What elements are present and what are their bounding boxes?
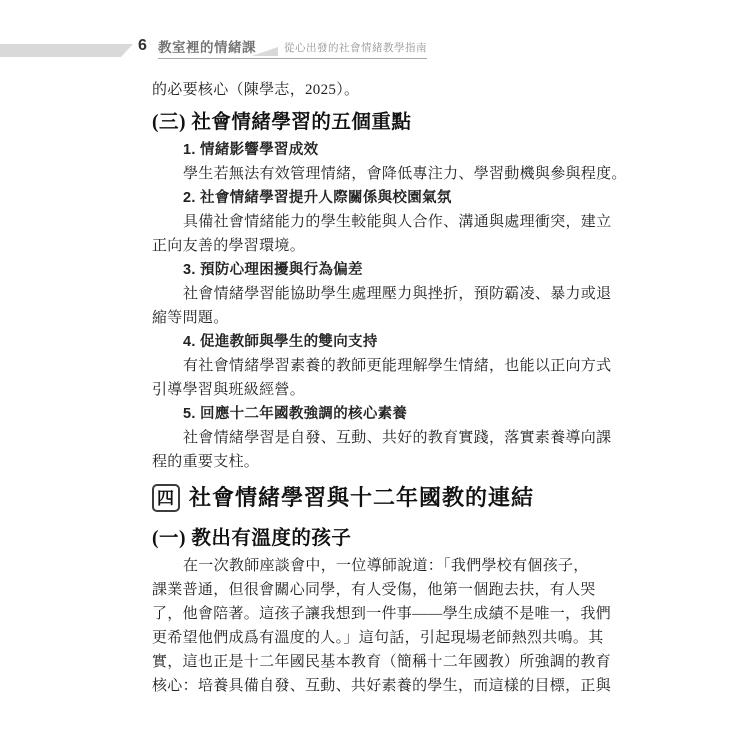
point-heading: 5. 回應十二年國教強調的核心素養	[152, 402, 622, 426]
text-line: 縮等問題。	[152, 306, 622, 330]
text-line: 核心：培養具備自發、互動、共好素養的學生，而這樣的目標，正與	[152, 674, 622, 698]
chapter-heading-text: 社會情緒學習與十二年國教的連結	[189, 480, 534, 516]
running-header: 6 教室裡的情緒課 從心出發的社會情緒教學指南	[0, 0, 750, 70]
text-line: 社會情緒學習是自發、互動、共好的教育實踐，落實素養導向課	[152, 426, 622, 450]
point-heading: 1. 情緒影響學習成效	[152, 138, 622, 162]
section-heading: (三) 社會情緒學習的五個重點	[152, 108, 622, 138]
text-line: 有社會情緒學習素養的教師更能理解學生情緒，也能以正向方式	[152, 354, 622, 378]
text-line: 實，這也正是十二年國民基本教育（簡稱十二年國教）所強調的教育	[152, 650, 622, 674]
header-title-group: 教室裡的情緒課 從心出發的社會情緒教學指南	[158, 36, 427, 59]
page-body: 的必要核心（陳學志，2025）。(三) 社會情緒學習的五個重點1. 情緒影響學習…	[152, 78, 622, 698]
text-line: 課業普通，但很會關心同學，有人受傷，他第一個跑去扶，有人哭	[152, 578, 622, 602]
book-subtitle: 從心出發的社會情緒教學指南	[284, 40, 427, 56]
text-line: 在一次教師座談會中，一位導師說道：「我們學校有個孩子，	[152, 554, 622, 578]
text-line: 程的重要支柱。	[152, 450, 622, 474]
book-title: 教室裡的情緒課	[158, 36, 256, 56]
point-heading: 3. 預防心理困擾與行為偏差	[152, 258, 622, 282]
header-accent-bar	[0, 44, 133, 57]
text-line: 的必要核心（陳學志，2025）。	[152, 78, 622, 102]
point-heading: 4. 促進教師與學生的雙向支持	[152, 330, 622, 354]
text-line: 社會情緒學習能協助學生處理壓力與挫折，預防霸凌、暴力或退	[152, 282, 622, 306]
text-line: 學生若無法有效管理情緒，會降低專注力、學習動機與參與程度。	[152, 162, 622, 186]
text-line: 更希望他們成爲有溫度的人。」這句話，引起現場老師熱烈共鳴。其	[152, 626, 622, 650]
text-line: 具備社會情緒能力的學生較能與人合作、溝通與處理衝突，建立	[152, 210, 622, 234]
page-number: 6	[138, 37, 147, 55]
text-line: 引導學習與班級經營。	[152, 378, 622, 402]
text-line: 了，他會陪著。這孩子讓我想到一件事——學生成績不是唯一，我們	[152, 602, 622, 626]
chapter-heading: 四社會情緒學習與十二年國教的連結	[152, 480, 622, 516]
section-heading: (一) 教出有溫度的孩子	[152, 524, 622, 554]
text-line: 正向友善的學習環境。	[152, 234, 622, 258]
section-number-box: 四	[152, 484, 180, 512]
book-page: 6 教室裡的情緒課 從心出發的社會情緒教學指南 的必要核心（陳學志，2025）。…	[0, 0, 750, 750]
point-heading: 2. 社會情緒學習提升人際關係與校園氣氛	[152, 186, 622, 210]
